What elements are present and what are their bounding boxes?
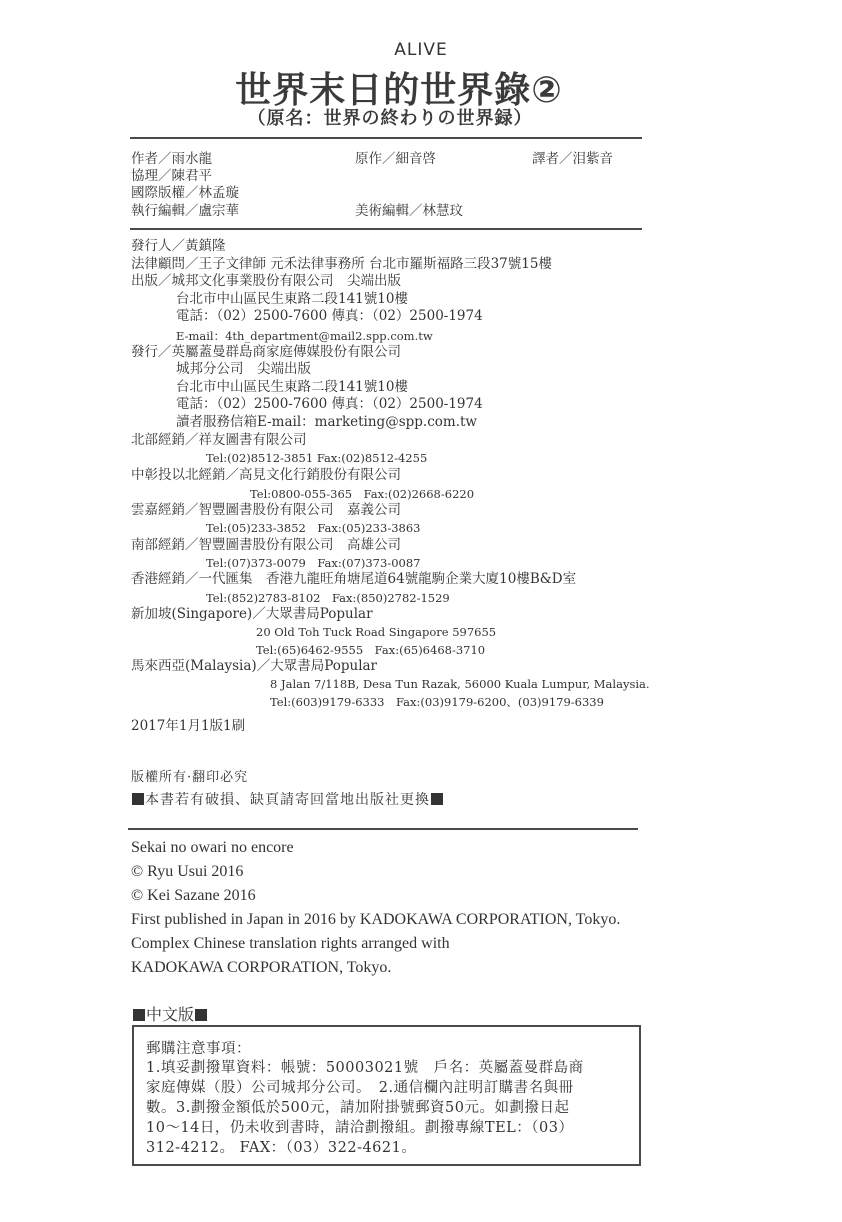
mail-order-notice-box: 郵購注意事項： 1.填妥劃撥單資料：帳號：50003021號 戶名：英屬蓋曼群島…	[132, 1025, 641, 1166]
credit-author: 作者／雨水龍	[131, 151, 212, 168]
dealer-contact: Tel:0800-055-365 Fax:(02)2668-6220	[250, 486, 474, 502]
original-title: （原名：世界の終わりの世界録）	[0, 104, 780, 130]
dealer-name: 馬來西亞(Malaysia)／大眾書局Popular	[131, 658, 377, 676]
square-bullet-icon	[195, 1009, 207, 1021]
notice-line: 312-4212。 FAX：（03）322-4621。	[146, 1136, 416, 1157]
dealer-name: 新加坡(Singapore)／大眾書局Popular	[131, 606, 373, 624]
credit-original: 原作／細音啓	[355, 151, 436, 168]
notice-line: 1.填妥劃撥單資料：帳號：50003021號 戶名：英屬蓋曼群島商	[146, 1056, 584, 1077]
dealer-address: 8 Jalan 7/118B, Desa Tun Razak, 56000 Ku…	[270, 677, 650, 691]
english-line: © Ryu Usui 2016	[131, 860, 243, 884]
publisher: 出版／城邦文化事業股份有限公司 尖端出版	[131, 273, 401, 291]
dealer-address: 20 Old Toh Tuck Road Singapore 597655	[256, 625, 496, 639]
distributor-branch: 城邦分公司 尖端出版	[176, 361, 311, 379]
english-line: © Kei Sazane 2016	[131, 884, 256, 908]
notice-line: 郵購注意事項：	[146, 1037, 251, 1058]
credit-translator: 譯者／泪紫音	[532, 151, 613, 168]
english-line: Sekai no owari no encore	[131, 836, 294, 860]
english-line: Complex Chinese translation rights arran…	[131, 932, 450, 956]
square-bullet-icon	[132, 793, 144, 805]
dealer-contact: Tel:(05)233-3852 Fax:(05)233-3863	[206, 520, 420, 536]
notice-line: 家庭傳媒（股）公司城邦分公司。 2.通信欄內註明訂購書名與冊	[146, 1076, 574, 1097]
divider-english	[128, 828, 638, 830]
dealer-contact: Tel:(02)8512-3851 Fax:(02)8512-4255	[206, 451, 427, 465]
english-line: First published in Japan in 2016 by KADO…	[131, 908, 620, 932]
edition-info: 2017年1月1版1刷	[131, 718, 245, 736]
notice-line: 數。3.劃撥金額低於500元，請加附掛號郵資50元。如劃撥日起	[146, 1096, 569, 1117]
rights-reserved: 版權所有·翻印必究	[131, 766, 248, 785]
credit-intl-rights: 國際版權／林孟璇	[131, 185, 239, 202]
english-line: KADOKAWA CORPORATION, Tokyo.	[131, 956, 391, 980]
chinese-edition-text: 中文版	[146, 1005, 194, 1024]
credit-exec-editor: 執行編輯／盧宗華	[131, 203, 239, 220]
issuer: 發行人／黃鎮隆	[131, 238, 226, 256]
divider-credits	[130, 228, 642, 230]
dealer-name: 南部經銷／智豐圖書股份有限公司 高雄公司	[131, 537, 401, 555]
dealer-contact: Tel:(603)9179-6333 Fax:(03)9179-6200、(03…	[270, 694, 604, 710]
dealer-name: 北部經銷／祥友圖書有限公司	[131, 432, 307, 450]
dealer-name: 雲嘉經銷／智豐圖書股份有限公司 嘉義公司	[131, 502, 401, 520]
divider-top	[130, 137, 642, 139]
replacement-text: 本書若有破損、缺頁請寄回當地出版社更換	[145, 792, 430, 808]
distributor-address: 台北市中山區民生東路二段141號10樓	[176, 379, 408, 397]
dealer-contact: Tel:(852)2783-8102 Fax:(850)2782-1529	[206, 590, 450, 606]
distributor: 發行／英屬蓋曼群島商家庭傳媒股份有限公司	[131, 344, 401, 362]
publisher-address: 台北市中山區民生東路二段141號10樓	[176, 291, 408, 309]
publisher-phone: 電話：（02）2500-7600 傳真：（02）2500-1974	[176, 308, 483, 326]
square-bullet-icon	[431, 793, 443, 805]
credit-coordinator: 協理／陳君平	[131, 168, 212, 185]
publisher-email: E-mail：4th_department@mail2.spp.com.tw	[176, 328, 433, 344]
dealer-name: 中彰投以北經銷／高見文化行銷股份有限公司	[131, 467, 401, 485]
replacement-notice: 本書若有破損、缺頁請寄回當地出版社更換	[131, 789, 444, 809]
notice-line: 10～14日，仍未收到書時，請洽劃撥組。劃撥專線TEL：（03）	[146, 1116, 574, 1137]
distributor-phone: 電話：（02）2500-7600 傳真：（02）2500-1974	[176, 396, 483, 414]
dealer-contact: Tel:(07)373-0079 Fax:(07)373-0087	[206, 555, 420, 571]
series-name: ALIVE	[0, 40, 842, 60]
chinese-edition-label: 中文版	[132, 1002, 208, 1025]
legal-advisor: 法律顧問／王子文律師 元禾法律事務所 台北市羅斯福路三段37號15樓	[131, 256, 552, 274]
reader-service-email: 讀者服務信箱E-mail：marketing@spp.com.tw	[176, 414, 477, 432]
dealer-name: 香港經銷／一代匯集 香港九龍旺角塘尾道64號龍駒企業大廈10樓B&D室	[131, 571, 576, 589]
credit-art-editor: 美術編輯／林慧玟	[355, 203, 463, 220]
square-bullet-icon	[133, 1009, 145, 1021]
dealer-contact: Tel:(65)6462-9555 Fax:(65)6468-3710	[256, 642, 485, 658]
